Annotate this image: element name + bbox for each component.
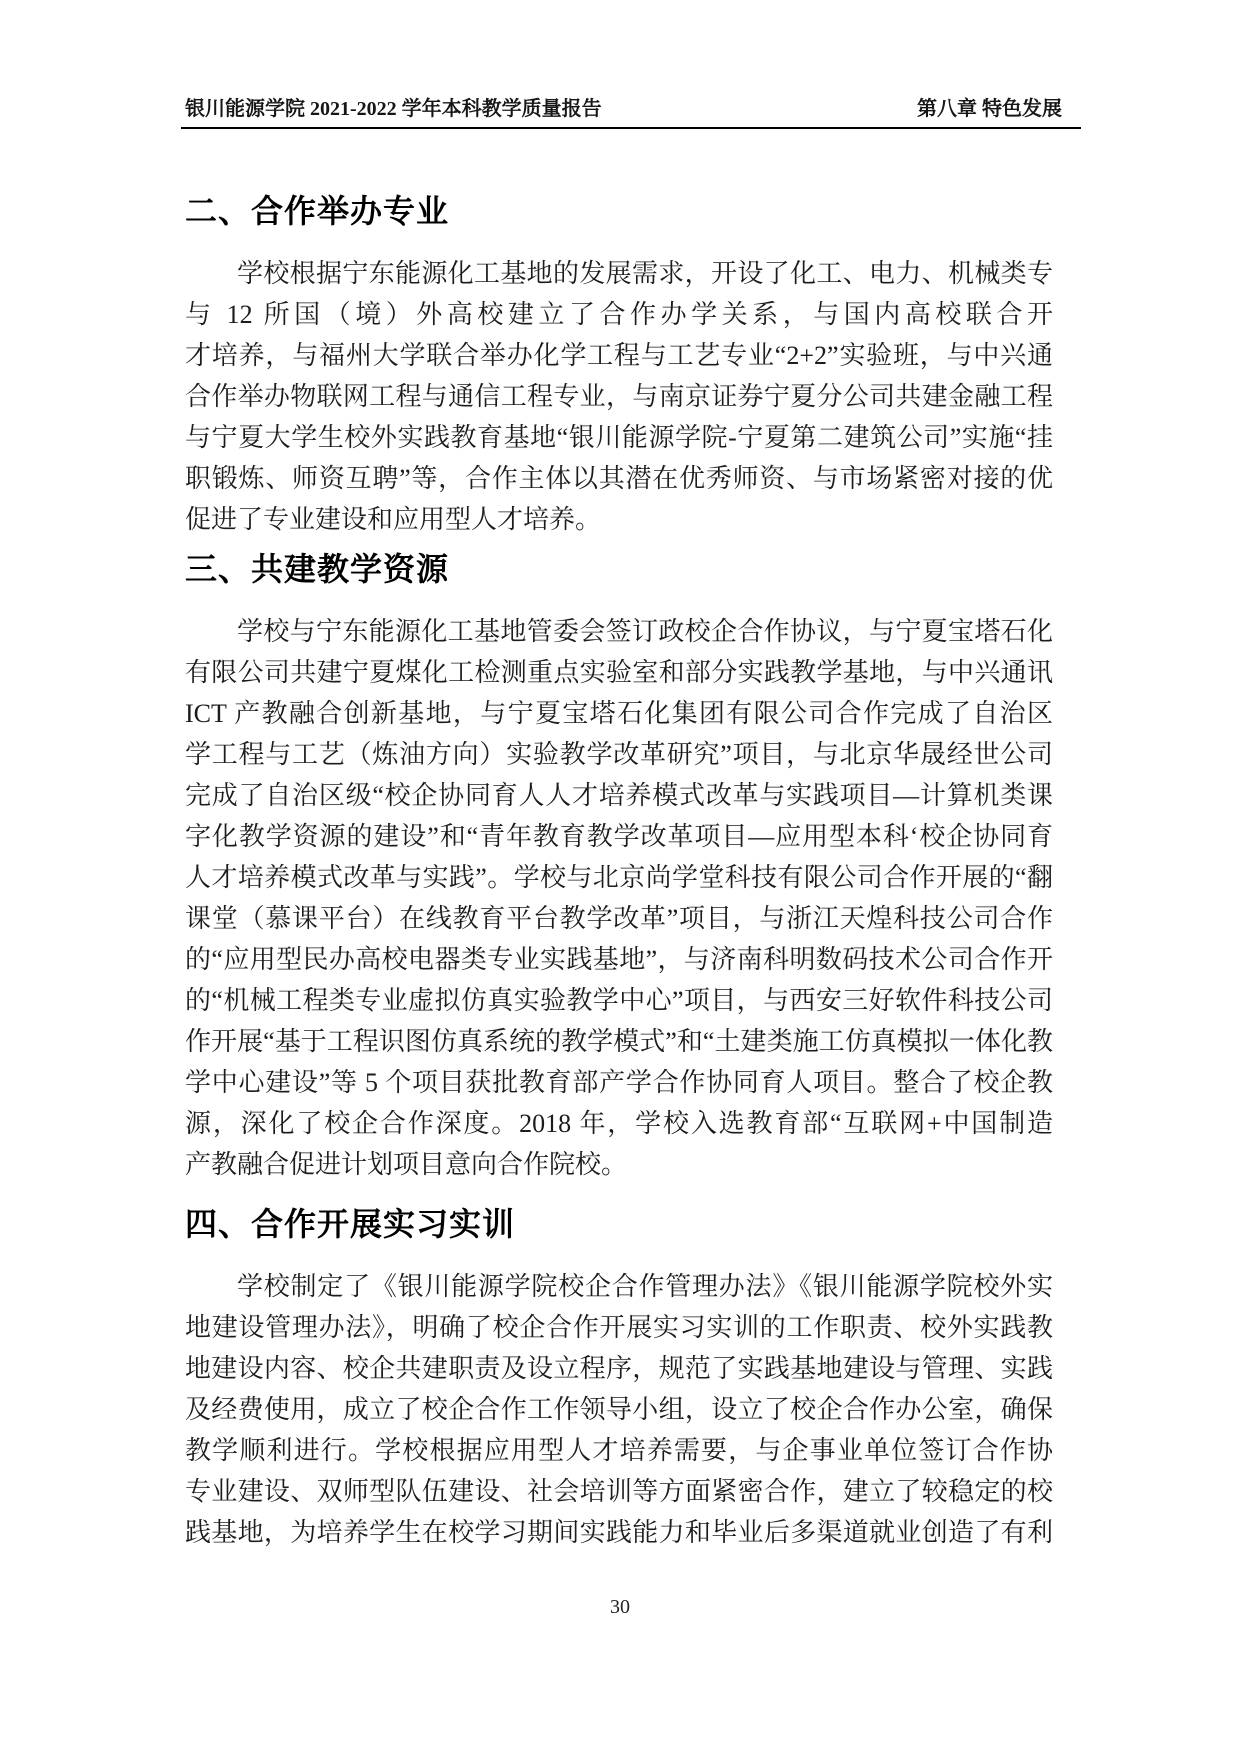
text-line: 课堂（慕课平台）在线教育平台教学改革”项目，与浙江天煌科技公司合作开展 xyxy=(185,898,1053,939)
text-line: 学中心建设”等 5 个项目获批教育部产学合作协同育人项目。整合了校企教学资 xyxy=(185,1062,1053,1103)
page-number: 30 xyxy=(0,1596,1240,1619)
text-line: 的“应用型民办高校电器类专业实践基地”，与济南科明数码技术公司合作开展 xyxy=(185,939,1053,980)
text-line: 专业建设、双师型队伍建设、社会培训等方面紧密合作，建立了较稳定的校外实 xyxy=(185,1471,1053,1512)
section-heading: 四、合作开展实习实训 xyxy=(185,1206,1053,1242)
section-shared-teaching-resources: 三、共建教学资源 学校与宁东能源化工基地管委会签订政校企合作协议，与宁夏宝塔石化… xyxy=(185,551,1053,1185)
document-page: 银川能源学院 2021-2022 学年本科教学质量报告 第八章 特色发展 二、合… xyxy=(0,0,1240,1753)
text-line: 合作举办物联网工程与通信工程专业，与南京证券宁夏分公司共建金融工程专业， xyxy=(185,376,1053,417)
text-line: 源，深化了校企合作深度。2018 年，学校入选教育部“互联网+中国制造 2025… xyxy=(185,1103,1053,1144)
section-heading: 三、共建教学资源 xyxy=(185,551,1053,587)
text-line: 地建设内容、校企共建职责及设立程序，规范了实践基地建设与管理、实践时间 xyxy=(185,1348,1053,1389)
header-rule xyxy=(181,127,1081,129)
section-paragraph: 学校与宁东能源化工基地管委会签订政校企合作协议，与宁夏宝塔石化集团有限公司共建宁… xyxy=(185,611,1053,1185)
text-line: 产教融合促进计划项目意向合作院校。 xyxy=(185,1144,1053,1185)
text-line: 学工程与工艺（炼油方向）实验教学改革研究”项目，与北京华晟经世公司合作 xyxy=(185,734,1053,775)
text-line: 人才培养模式改革与实践”。学校与北京尚学堂科技有限公司合作开展的“翻转 xyxy=(185,857,1053,898)
text-line: 与宁夏大学生校外实践教育基地“银川能源学院-宁夏第二建筑公司”实施“挂 xyxy=(185,417,1053,458)
text-line: 有限公司共建宁夏煤化工检测重点实验室和部分实践教学基地，与中兴通讯共建 xyxy=(185,652,1053,693)
header-right-chapter: 第八章 特色发展 xyxy=(917,92,1062,121)
text-line: 学校根据宁东能源化工基地的发展需求，开设了化工、电力、机械类专业； xyxy=(185,253,1053,294)
text-line: 促进了专业建设和应用型人才培养。 xyxy=(185,499,1053,540)
section-cooperative-programs: 二、合作举办专业 学校根据宁东能源化工基地的发展需求，开设了化工、电力、机械类专… xyxy=(185,193,1053,540)
section-paragraph: 学校制定了《银川能源学院校企合作管理办法》《银川能源学院校外实践基地建设管理办法… xyxy=(185,1266,1053,1553)
text-line: 学校与宁东能源化工基地管委会签订政校企合作协议，与宁夏宝塔石化集团 xyxy=(185,611,1053,652)
text-line: 学校制定了《银川能源学院校企合作管理办法》《银川能源学院校外实践基 xyxy=(185,1266,1053,1307)
section-heading: 二、合作举办专业 xyxy=(185,193,1053,229)
section-cooperative-internship-training: 四、合作开展实习实训 学校制定了《银川能源学院校企合作管理办法》《银川能源学院校… xyxy=(185,1206,1053,1553)
text-line: ICT 产教融合创新基地，与宁夏宝塔石化集团有限公司合作完成了自治区级“化 xyxy=(185,693,1053,734)
text-line: 才培养，与福州大学联合举办化学工程与工艺专业“2+2”实验班，与中兴通讯 xyxy=(185,335,1053,376)
text-line: 及经费使用，成立了校企合作工作领导小组，设立了校企合作办公室，确保实习 xyxy=(185,1389,1053,1430)
text-line: 的“机械工程类专业虚拟仿真实验教学中心”项目，与西安三好软件科技公司合 xyxy=(185,980,1053,1021)
section-paragraph: 学校根据宁东能源化工基地的发展需求，开设了化工、电力、机械类专业；与 12 所国… xyxy=(185,253,1053,540)
text-line: 完成了自治区级“校企协同育人人才培养模式改革与实践项目—计算机类课程数 xyxy=(185,775,1053,816)
text-line: 字化教学资源的建设”和“青年教育教学改革项目—应用型本科‘校企协同育人’ xyxy=(185,816,1053,857)
text-line: 与 12 所国（境）外高校建立了合作办学关系，与国内高校联合开展“2+1+1”人 xyxy=(185,294,1053,335)
text-line: 职锻炼、师资互聘”等，合作主体以其潜在优秀师资、与市场紧密对接的优势， xyxy=(185,458,1053,499)
text-line: 作开展“基于工程识图仿真系统的教学模式”和“土建类施工仿真模拟一体化教 xyxy=(185,1021,1053,1062)
header-left-title: 银川能源学院 2021-2022 学年本科教学质量报告 xyxy=(185,92,602,121)
text-line: 教学顺利进行。学校根据应用型人才培养需要，与企事业单位签订合作协议，在 xyxy=(185,1430,1053,1471)
text-line: 地建设管理办法》，明确了校企合作开展实习实训的工作职责、校外实践教学基 xyxy=(185,1307,1053,1348)
text-line: 践基地，为培养学生在校学习期间实践能力和毕业后多渠道就业创造了有利条件， xyxy=(185,1512,1053,1553)
page-header: 银川能源学院 2021-2022 学年本科教学质量报告 第八章 特色发展 xyxy=(185,92,1062,121)
